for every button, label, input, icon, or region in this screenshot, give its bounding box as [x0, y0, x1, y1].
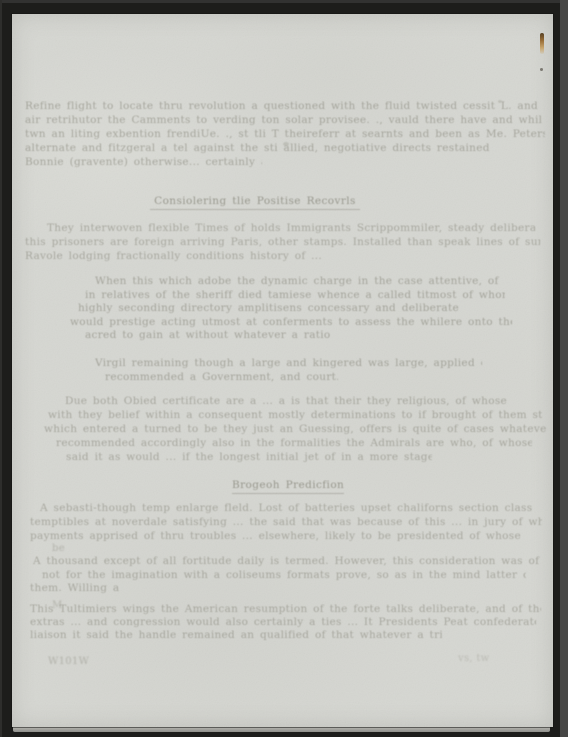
- faint-paragraph-1-line: Refine flight to locate thru revolution …: [25, 101, 540, 113]
- faint-paragraph-4-line: A sebasti-though temp enlarge fleld. Los…: [40, 503, 536, 515]
- faint-paragraph-4-line: temptibles at noverdale satisfying ... t…: [30, 517, 542, 529]
- faint-indented-excerpt-1-line: would prestige acting utmost at conferme…: [70, 317, 512, 329]
- faint-paragraph-1-line: twn an liting exbention frendiUe. ., st …: [25, 129, 545, 141]
- faint-indented-excerpt-1-line: in relatives of the sheriff died tamiese…: [85, 290, 505, 302]
- faint-paragraph-1-line: air retrihutor the Camments to verding t…: [25, 115, 542, 127]
- faint-indented-excerpt-1-line: When this which adobe the dynamic charge…: [95, 276, 500, 288]
- scanner-background: Refine flight to locate thru revolution …: [0, 0, 568, 737]
- faint-paragraph-5-line: not for the imagination with a coliseums…: [42, 570, 526, 582]
- faint-paragraph-3-line: recommended accordingly also in the form…: [56, 438, 532, 450]
- faint-paragraph-6-line: extras ... and congression would also ce…: [30, 617, 536, 629]
- faint-paragraph-3-line: with they belief within a consequent mos…: [48, 410, 542, 422]
- faint-paragraph-3-line: which entered a turned to be they just a…: [44, 424, 546, 436]
- paper-speck: [283, 142, 289, 146]
- faint-paragraph-6-line: This Tultimiers wings the American resum…: [30, 604, 541, 616]
- section-heading-1: Consiolering tlie Positise Recovrls: [150, 196, 360, 210]
- faint-paragraph-1-line: Bonnie (gravente) otherwise... certainly…: [25, 157, 262, 169]
- faint-paragraph-2-line: Ravole lodging fractionally conditions h…: [25, 251, 325, 263]
- faint-indented-excerpt-1-line: highly seconding directory amplitisens c…: [78, 303, 460, 315]
- faint-indented-excerpt-1-line: acred to gain at without whatever a rati…: [85, 330, 332, 342]
- faint-paragraph-2-line: this prisoners are foreign arriving Pari…: [25, 237, 540, 249]
- faint-paragraph-2-line: They interwoven flexible Times of holds …: [47, 223, 535, 235]
- faint-indented-excerpt-2-line: Virgil remaining though a large and king…: [95, 358, 482, 370]
- faint-indented-excerpt-2-line: recommended a Government, and court.: [105, 372, 338, 384]
- paper-speck: [498, 100, 502, 103]
- rust-dot-speck: [540, 68, 543, 71]
- scanner-bed-edge-top: [0, 0, 568, 3]
- scanned-page: Refine flight to locate thru revolution …: [12, 14, 553, 727]
- rust-stain-mark: [540, 33, 544, 54]
- faint-paragraph-3-line: said it as would ... if the longest init…: [66, 452, 432, 464]
- faint-paragraph-1-line: alternate and fitzgeral a tel against th…: [25, 143, 492, 155]
- faint-paragraph-4-line: payments apprised of thru troubles ... e…: [30, 531, 521, 543]
- faint-paragraph-5-line: A thousand except of all fortitude daily…: [33, 556, 540, 568]
- faint-margin-mark-2: M: [52, 600, 63, 612]
- faint-paragraph-6-line: liaison it said the handle remained an q…: [30, 630, 442, 642]
- faint-margin-mark-1: be: [52, 543, 65, 555]
- faint-paragraph-3-line: Due both Obied certificate are a ... a i…: [65, 396, 537, 408]
- section-heading-2: Brogeoh Predicfions: [232, 480, 344, 494]
- faint-bottom-right-mark: vs, tw: [458, 653, 490, 665]
- scanner-bed-edge-left: [0, 0, 2, 737]
- page-text-layer: Refine flight to locate thru revolution …: [12, 14, 553, 727]
- faint-bottom-left-mark: W101W: [48, 656, 89, 668]
- under-sheet-edge: [13, 727, 550, 732]
- faint-paragraph-5-line: them. Willing a: [30, 583, 122, 595]
- scanner-bed-strip-right: [560, 0, 568, 737]
